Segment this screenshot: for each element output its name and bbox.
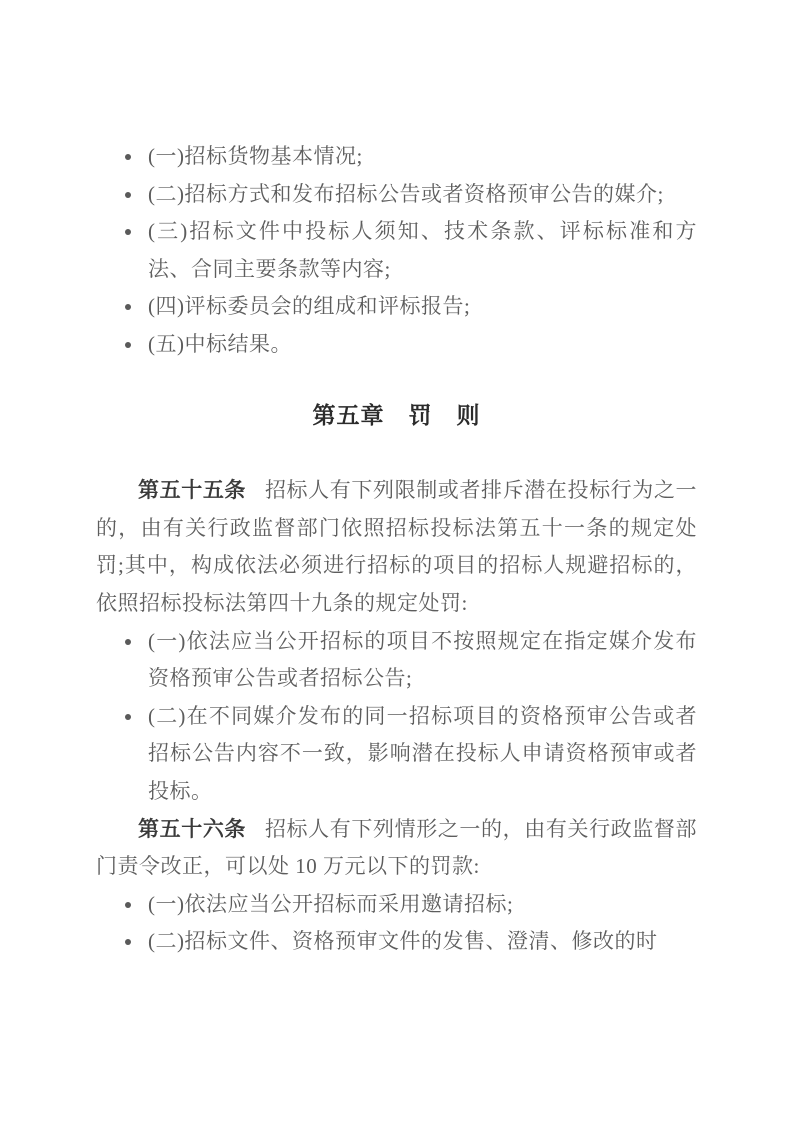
bullet-icon	[125, 229, 131, 235]
list-item: (一)依法应当公开招标的项目不按照规定在指定媒介发布资格预审公告或者招标公告;	[96, 623, 697, 698]
list-item-text: (一)依法应当公开招标而采用邀请招标;	[148, 892, 513, 916]
bullet-icon	[125, 192, 131, 198]
list-item-text: (四)评标委员会的组成和评标报告;	[148, 294, 470, 318]
article-56-paragraph: 第五十六条招标人有下列情形之一的，由有关行政监督部门责令改正，可以处 10 万元…	[96, 811, 697, 886]
list-item: (一)招标货物基本情况;	[96, 138, 697, 176]
list-item-text: (三)招标文件中投标人须知、技术条款、评标标准和方法、合同主要条款等内容;	[148, 219, 697, 281]
list-item-text: (二)招标方式和发布招标公告或者资格预审公告的媒介;	[148, 182, 664, 206]
list-item-text: (一)依法应当公开招标的项目不按照规定在指定媒介发布资格预审公告或者招标公告;	[148, 629, 697, 691]
bullet-icon	[125, 714, 131, 720]
list-item: (二)在不同媒介发布的同一招标项目的资格预审公告或者招标公告内容不一致，影响潜在…	[96, 698, 697, 811]
article-54-list: (一)招标货物基本情况; (二)招标方式和发布招标公告或者资格预审公告的媒介; …	[96, 138, 697, 364]
article-55-paragraph: 第五十五条招标人有下列限制或者排斥潜在投标行为之一的，由有关行政监督部门依照招标…	[96, 472, 697, 622]
article-56-label: 第五十六条	[138, 817, 246, 841]
list-item-text: (二)在不同媒介发布的同一招标项目的资格预审公告或者招标公告内容不一致，影响潜在…	[148, 704, 697, 803]
article-55-list: (一)依法应当公开招标的项目不按照规定在指定媒介发布资格预审公告或者招标公告; …	[96, 623, 697, 811]
list-item: (二)招标方式和发布招标公告或者资格预审公告的媒介;	[96, 176, 697, 214]
article-55-label: 第五十五条	[138, 478, 246, 502]
list-item: (四)评标委员会的组成和评标报告;	[96, 288, 697, 326]
list-item: (二)招标文件、资格预审文件的发售、澄清、修改的时	[96, 923, 697, 961]
bullet-icon	[125, 939, 131, 945]
list-item-text: (二)招标文件、资格预审文件的发售、澄清、修改的时	[148, 929, 657, 953]
list-item-text: (五)中标结果。	[148, 332, 292, 356]
chapter-heading: 第五章 罚 则	[96, 398, 697, 436]
list-item: (五)中标结果。	[96, 326, 697, 364]
bullet-icon	[125, 154, 131, 160]
bullet-icon	[125, 902, 131, 908]
list-item: (三)招标文件中投标人须知、技术条款、评标标准和方法、合同主要条款等内容;	[96, 213, 697, 288]
list-item-text: (一)招标货物基本情况;	[148, 144, 363, 168]
list-item: (一)依法应当公开招标而采用邀请招标;	[96, 886, 697, 924]
bullet-icon	[125, 304, 131, 310]
bullet-icon	[125, 342, 131, 348]
document-page: (一)招标货物基本情况; (二)招标方式和发布招标公告或者资格预审公告的媒介; …	[0, 0, 793, 1122]
article-56-list: (一)依法应当公开招标而采用邀请招标; (二)招标文件、资格预审文件的发售、澄清…	[96, 886, 697, 961]
bullet-icon	[125, 639, 131, 645]
